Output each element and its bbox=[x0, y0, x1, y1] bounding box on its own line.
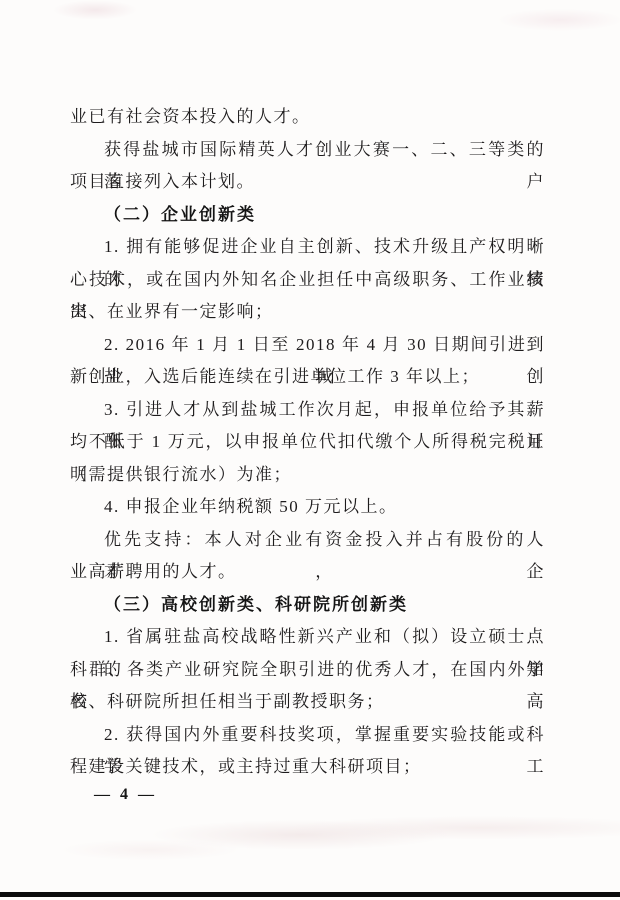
document-line: 出、在业界有一定影响； bbox=[70, 296, 545, 329]
document-line: 获得盐城市国际精英人才创业大赛一、二、三等类的落户 bbox=[70, 134, 545, 167]
document-line: 1. 拥有能够促进企业自主创新、技术升级且产权明晰的核 bbox=[70, 231, 545, 264]
document-line: （三）高校创新类、科研院所创新类 bbox=[70, 589, 545, 622]
document-line: 新创业，入选后能连续在引进单位工作 3 年以上； bbox=[70, 361, 545, 394]
document-line: 均不低于 1 万元，以申报单位代扣代缴个人所得税完税证明 bbox=[70, 426, 545, 459]
document-body: 业已有社会资本投入的人才。获得盐城市国际精英人才创业大赛一、二、三等类的落户项目… bbox=[70, 101, 545, 784]
document-page: 业已有社会资本投入的人才。获得盐城市国际精英人才创业大赛一、二、三等类的落户项目… bbox=[0, 0, 620, 900]
document-line: 科群、各类产业研究院全职引进的优秀人才，在国内外知名高 bbox=[70, 654, 545, 687]
document-line: 3. 引进人才从到盐城工作次月起，申报单位给予其薪酬月 bbox=[70, 394, 545, 427]
page-number: — 4 — bbox=[94, 786, 157, 804]
document-line: 心技术，或在国内外知名企业担任中高级职务、工作业绩突 bbox=[70, 264, 545, 297]
document-line: 优先支持：本人对企业有资金投入并占有股份的人才，企 bbox=[70, 524, 545, 557]
document-line: 业已有社会资本投入的人才。 bbox=[70, 101, 545, 134]
document-line: （二）企业创新类 bbox=[70, 199, 545, 232]
document-line: 2. 2016 年 1 月 1 日至 2018 年 4 月 30 日期间引进到盐… bbox=[70, 329, 545, 362]
document-line: 2. 获得国内外重要科技奖项，掌握重要实验技能或科学工 bbox=[70, 719, 545, 752]
document-line: 4. 申报企业年纳税额 50 万元以上。 bbox=[70, 491, 545, 524]
document-line: （需提供银行流水）为准； bbox=[70, 459, 545, 492]
document-line: 1. 省属驻盐高校战略性新兴产业和（拟）设立硕士点的学 bbox=[70, 621, 545, 654]
footer-bar bbox=[0, 892, 620, 897]
